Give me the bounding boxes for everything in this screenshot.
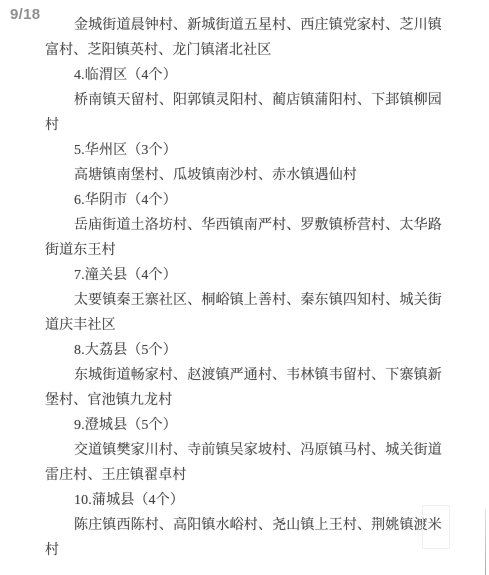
document-line: 富村、芝阳镇英村、龙门镇渚北社区 bbox=[45, 38, 457, 63]
document-line: 村 bbox=[45, 538, 457, 563]
document-line: 东城街道畅家村、赵渡镇严通村、韦林镇韦留村、下寨镇新 bbox=[45, 363, 457, 388]
page-number-indicator: 9/18 bbox=[10, 6, 40, 23]
document-text-block: 金城街道晨钟村、新城街道五星村、西庄镇党家村、芝川镇富村、芝阳镇英村、龙门镇渚北… bbox=[45, 13, 457, 563]
document-line: 街道东王村 bbox=[45, 238, 457, 263]
document-line: 陈庄镇西陈村、高阳镇水峪村、尧山镇上王村、荆姚镇渡米 bbox=[45, 513, 457, 538]
page-edge-line bbox=[485, 509, 486, 575]
document-line: 太要镇秦王寨社区、桐峪镇上善村、秦东镇四知村、城关街 bbox=[45, 288, 457, 313]
document-line: 村 bbox=[45, 113, 457, 138]
document-line: 金城街道晨钟村、新城街道五星村、西庄镇党家村、芝川镇 bbox=[45, 13, 457, 38]
section-heading: 6.华阴市（4个） bbox=[45, 188, 457, 213]
document-line: 桥南镇天留村、阳郭镇灵阳村、蔺店镇蒲阳村、下邽镇柳园 bbox=[45, 88, 457, 113]
scan-artifact-box bbox=[422, 505, 450, 549]
section-heading: 4.临渭区（4个） bbox=[45, 63, 457, 88]
document-line: 岳庙街道土洛坊村、华西镇南严村、罗敷镇桥营村、太华路 bbox=[45, 213, 457, 238]
section-heading: 9.澄城县（5个） bbox=[45, 413, 457, 438]
document-line: 高塘镇南堡村、瓜坡镇南沙村、赤水镇遇仙村 bbox=[45, 163, 457, 188]
document-line: 堡村、官池镇九龙村 bbox=[45, 388, 457, 413]
section-heading: 8.大荔县（5个） bbox=[45, 338, 457, 363]
section-heading: 10.蒲城县（4个） bbox=[45, 488, 457, 513]
document-page: 9/18 金城街道晨钟村、新城街道五星村、西庄镇党家村、芝川镇富村、芝阳镇英村、… bbox=[0, 0, 489, 575]
section-heading: 5.华州区（3个） bbox=[45, 138, 457, 163]
document-line: 交道镇樊家川村、寺前镇吴家坡村、冯原镇马村、城关街道 bbox=[45, 438, 457, 463]
document-line: 雷庄村、王庄镇翟卓村 bbox=[45, 463, 457, 488]
document-line: 道庆丰社区 bbox=[45, 313, 457, 338]
section-heading: 7.潼关县（4个） bbox=[45, 263, 457, 288]
